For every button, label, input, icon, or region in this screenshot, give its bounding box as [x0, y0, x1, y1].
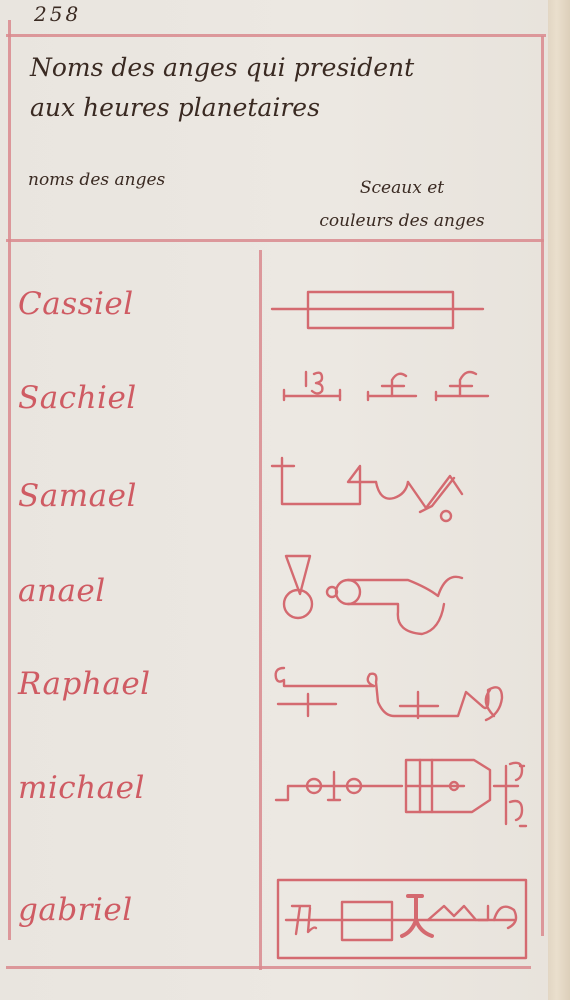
gabriel-seal-icon [268, 876, 536, 966]
title-line-1: Noms des anges qui president [30, 48, 550, 88]
column-header-seals-line-1: Sceaux et [272, 172, 532, 205]
samael-seal-icon [268, 458, 536, 548]
column-header-seals: Sceaux et couleurs des anges [272, 172, 532, 238]
angel-name-sachiel: Sachiel [18, 380, 248, 416]
sachiel-seal-icon [268, 352, 536, 442]
anael-seal-icon [268, 548, 536, 638]
frame-left-rule [8, 20, 11, 940]
angel-name-michael: michael [18, 770, 248, 806]
book-fore-edge [548, 0, 570, 1000]
frame-bottom-rule [6, 966, 531, 969]
angel-name-cassiel: Cassiel [18, 286, 248, 322]
frame-top-rule [6, 34, 546, 37]
manuscript-page: 258 Noms des anges qui president aux heu… [0, 0, 548, 1000]
column-header-names: noms des anges [28, 164, 165, 197]
angel-name-raphael: Raphael [18, 666, 248, 702]
angel-name-anael: anael [18, 573, 248, 609]
column-header-seals-line-2: couleurs des anges [272, 205, 532, 238]
header-bottom-rule [6, 239, 544, 242]
column-divider-rule [259, 250, 262, 970]
michael-seal-icon [268, 756, 536, 846]
title-line-2: aux heures planetaires [30, 88, 550, 128]
angel-name-samael: Samael [18, 478, 248, 514]
page-title: Noms des anges qui president aux heures … [30, 48, 550, 128]
raphael-seal-icon [268, 660, 536, 750]
angel-name-gabriel: gabriel [18, 892, 248, 928]
page-number: 258 [34, 2, 81, 26]
cassiel-seal-icon [268, 262, 536, 352]
frame-right-rule [541, 36, 544, 936]
